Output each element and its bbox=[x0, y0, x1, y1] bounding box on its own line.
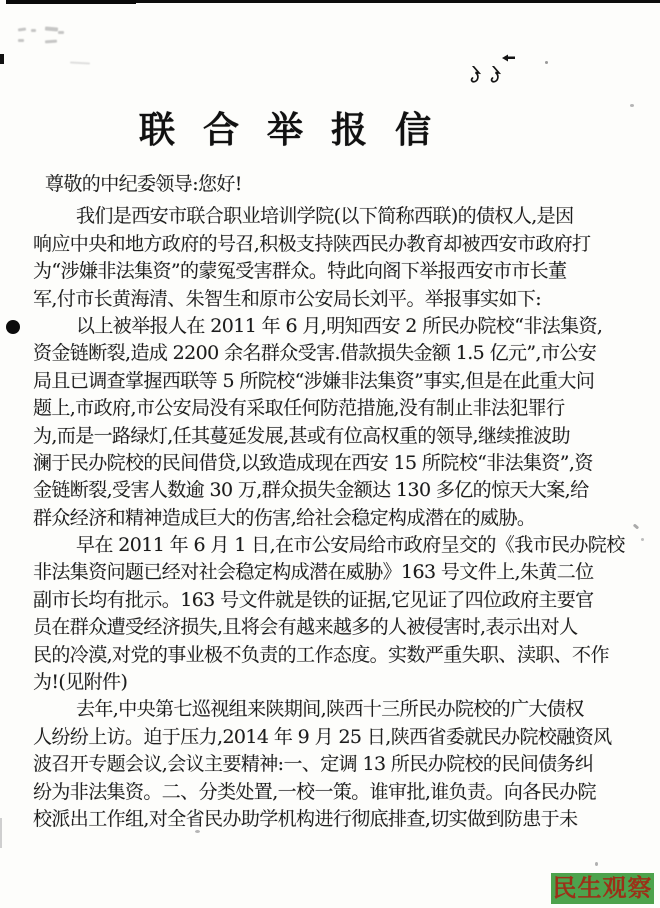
text-line: 民的冷漠,对党的事业极不负责的工作态度。实数严重失职、渎职、不作 bbox=[33, 642, 630, 669]
text-line: 波召开专题会议,会议主要精神:一、定调 13 所民办院校的民间债务纠 bbox=[33, 751, 630, 778]
pencil-smudge bbox=[45, 26, 58, 31]
scan-speck bbox=[545, 61, 548, 64]
scanned-letter-page: 联合举报信 尊敬的中纪委领导:您好! 我们是西安市联合职业培训学院(以下简称西联… bbox=[0, 0, 660, 908]
pencil-smudge bbox=[31, 29, 36, 32]
text-line: 副市长均有批示。163 号文件就是铁的证据,它见证了四位政府主要官 bbox=[33, 587, 630, 614]
text-line: 金链断裂,受害人数逾 30 万,群众损失金额达 130 多亿的惊天大案,给 bbox=[33, 477, 630, 504]
pencil-smudge bbox=[18, 39, 24, 42]
watermark-stamp: 民生观察 bbox=[551, 873, 654, 904]
scan-edge-left-faint-line bbox=[0, 818, 2, 848]
text-line: 去年,中央第七巡视组来陕期间,陕西十三所民办院校的广大债权 bbox=[33, 696, 630, 723]
text-line: 员在群众遭受经济损失,且将会有越来越多的人被侵害时,表示出对人 bbox=[33, 614, 630, 641]
pencil-smudge bbox=[18, 27, 26, 31]
scan-speck bbox=[633, 523, 640, 529]
text-line: 为“涉嫌非法集资”的蒙冤受害群众。特此向阁下举报西安市市长董 bbox=[33, 258, 630, 285]
text-line: 响应中央和地方政府的号召,积极支持陕西民办教育却被西安市政府打 bbox=[33, 231, 630, 258]
ink-arrow-mark bbox=[502, 47, 516, 66]
scan-edge-left-notch bbox=[0, 54, 4, 64]
scan-speck bbox=[630, 104, 634, 107]
text-line: 军,付市长黄海清、朱智生和原市公安局长刘平。举报事实如下: bbox=[33, 286, 630, 313]
text-line: 题上,市政府,市公安局没有采取任何防范措施,没有制止非法犯罪行 bbox=[33, 395, 630, 422]
text-line: 资金链断裂,造成 2200 余名群众受害.借款损失金额 1.5 亿元”,市公安 bbox=[33, 340, 630, 367]
ink-splatter-mark bbox=[490, 66, 503, 87]
text-line: 早在 2011 年 6 月 1 日,在市公安局给市政府呈交的《我市民办院校 bbox=[33, 532, 630, 559]
text-line: 澜于民办院校的民间借贷,以致造成现在西安 15 所院校“非法集资”,资 bbox=[33, 450, 630, 477]
text-line: 为!(见附件) bbox=[33, 669, 630, 696]
pencil-smudge bbox=[58, 31, 64, 34]
scan-speck bbox=[641, 538, 644, 541]
scan-speck bbox=[595, 862, 598, 866]
text-line: 局且已调查掌握西联等 5 所院校“涉嫌非法集资”事实,但是在此重大问 bbox=[33, 368, 630, 395]
scan-edge-top-line-thick bbox=[6, 0, 136, 4]
pencil-smudge bbox=[45, 40, 57, 44]
greeting-line: 尊敬的中纪委领导:您好! bbox=[33, 171, 630, 198]
ink-splatter-mark bbox=[470, 66, 483, 87]
text-line: 为,而是一路绿灯,任其蔓延发展,甚或有位高权重的领导,继续推波助 bbox=[33, 423, 630, 450]
text-line: 非法集资问题已经对社会稳定构成潜在威胁》163 号文件上,朱黄二位 bbox=[33, 559, 630, 586]
text-line: 校派出工作组,对全省民办助学机构进行彻底排查,切实做到防患于未 bbox=[33, 806, 630, 833]
page-title: 联合举报信 bbox=[139, 102, 459, 153]
text-line: 人纷纷上访。迫于压力,2014 年 9 月 25 日,陕西省委就民办院校融资风 bbox=[33, 724, 630, 751]
hole-punch-mark bbox=[6, 320, 20, 334]
text-line: 群众经济和精神造成巨大的伤害,给社会稳定构成潜在的威胁。 bbox=[33, 505, 630, 532]
letter-body: 尊敬的中纪委领导:您好! 我们是西安市联合职业培训学院(以下简称西联)的债权人,… bbox=[33, 171, 630, 833]
pencil-smudge bbox=[70, 61, 90, 64]
text-line: 纷为非法集资。二、分类处置,一校一策。谁审批,谁负责。向各民办院 bbox=[33, 779, 630, 806]
text-line: 以上被举报人在 2011 年 6 月,明知西安 2 所民办院校“非法集资, bbox=[33, 313, 630, 340]
text-line: 我们是西安市联合职业培训学院(以下简称西联)的债权人,是因 bbox=[33, 203, 630, 230]
